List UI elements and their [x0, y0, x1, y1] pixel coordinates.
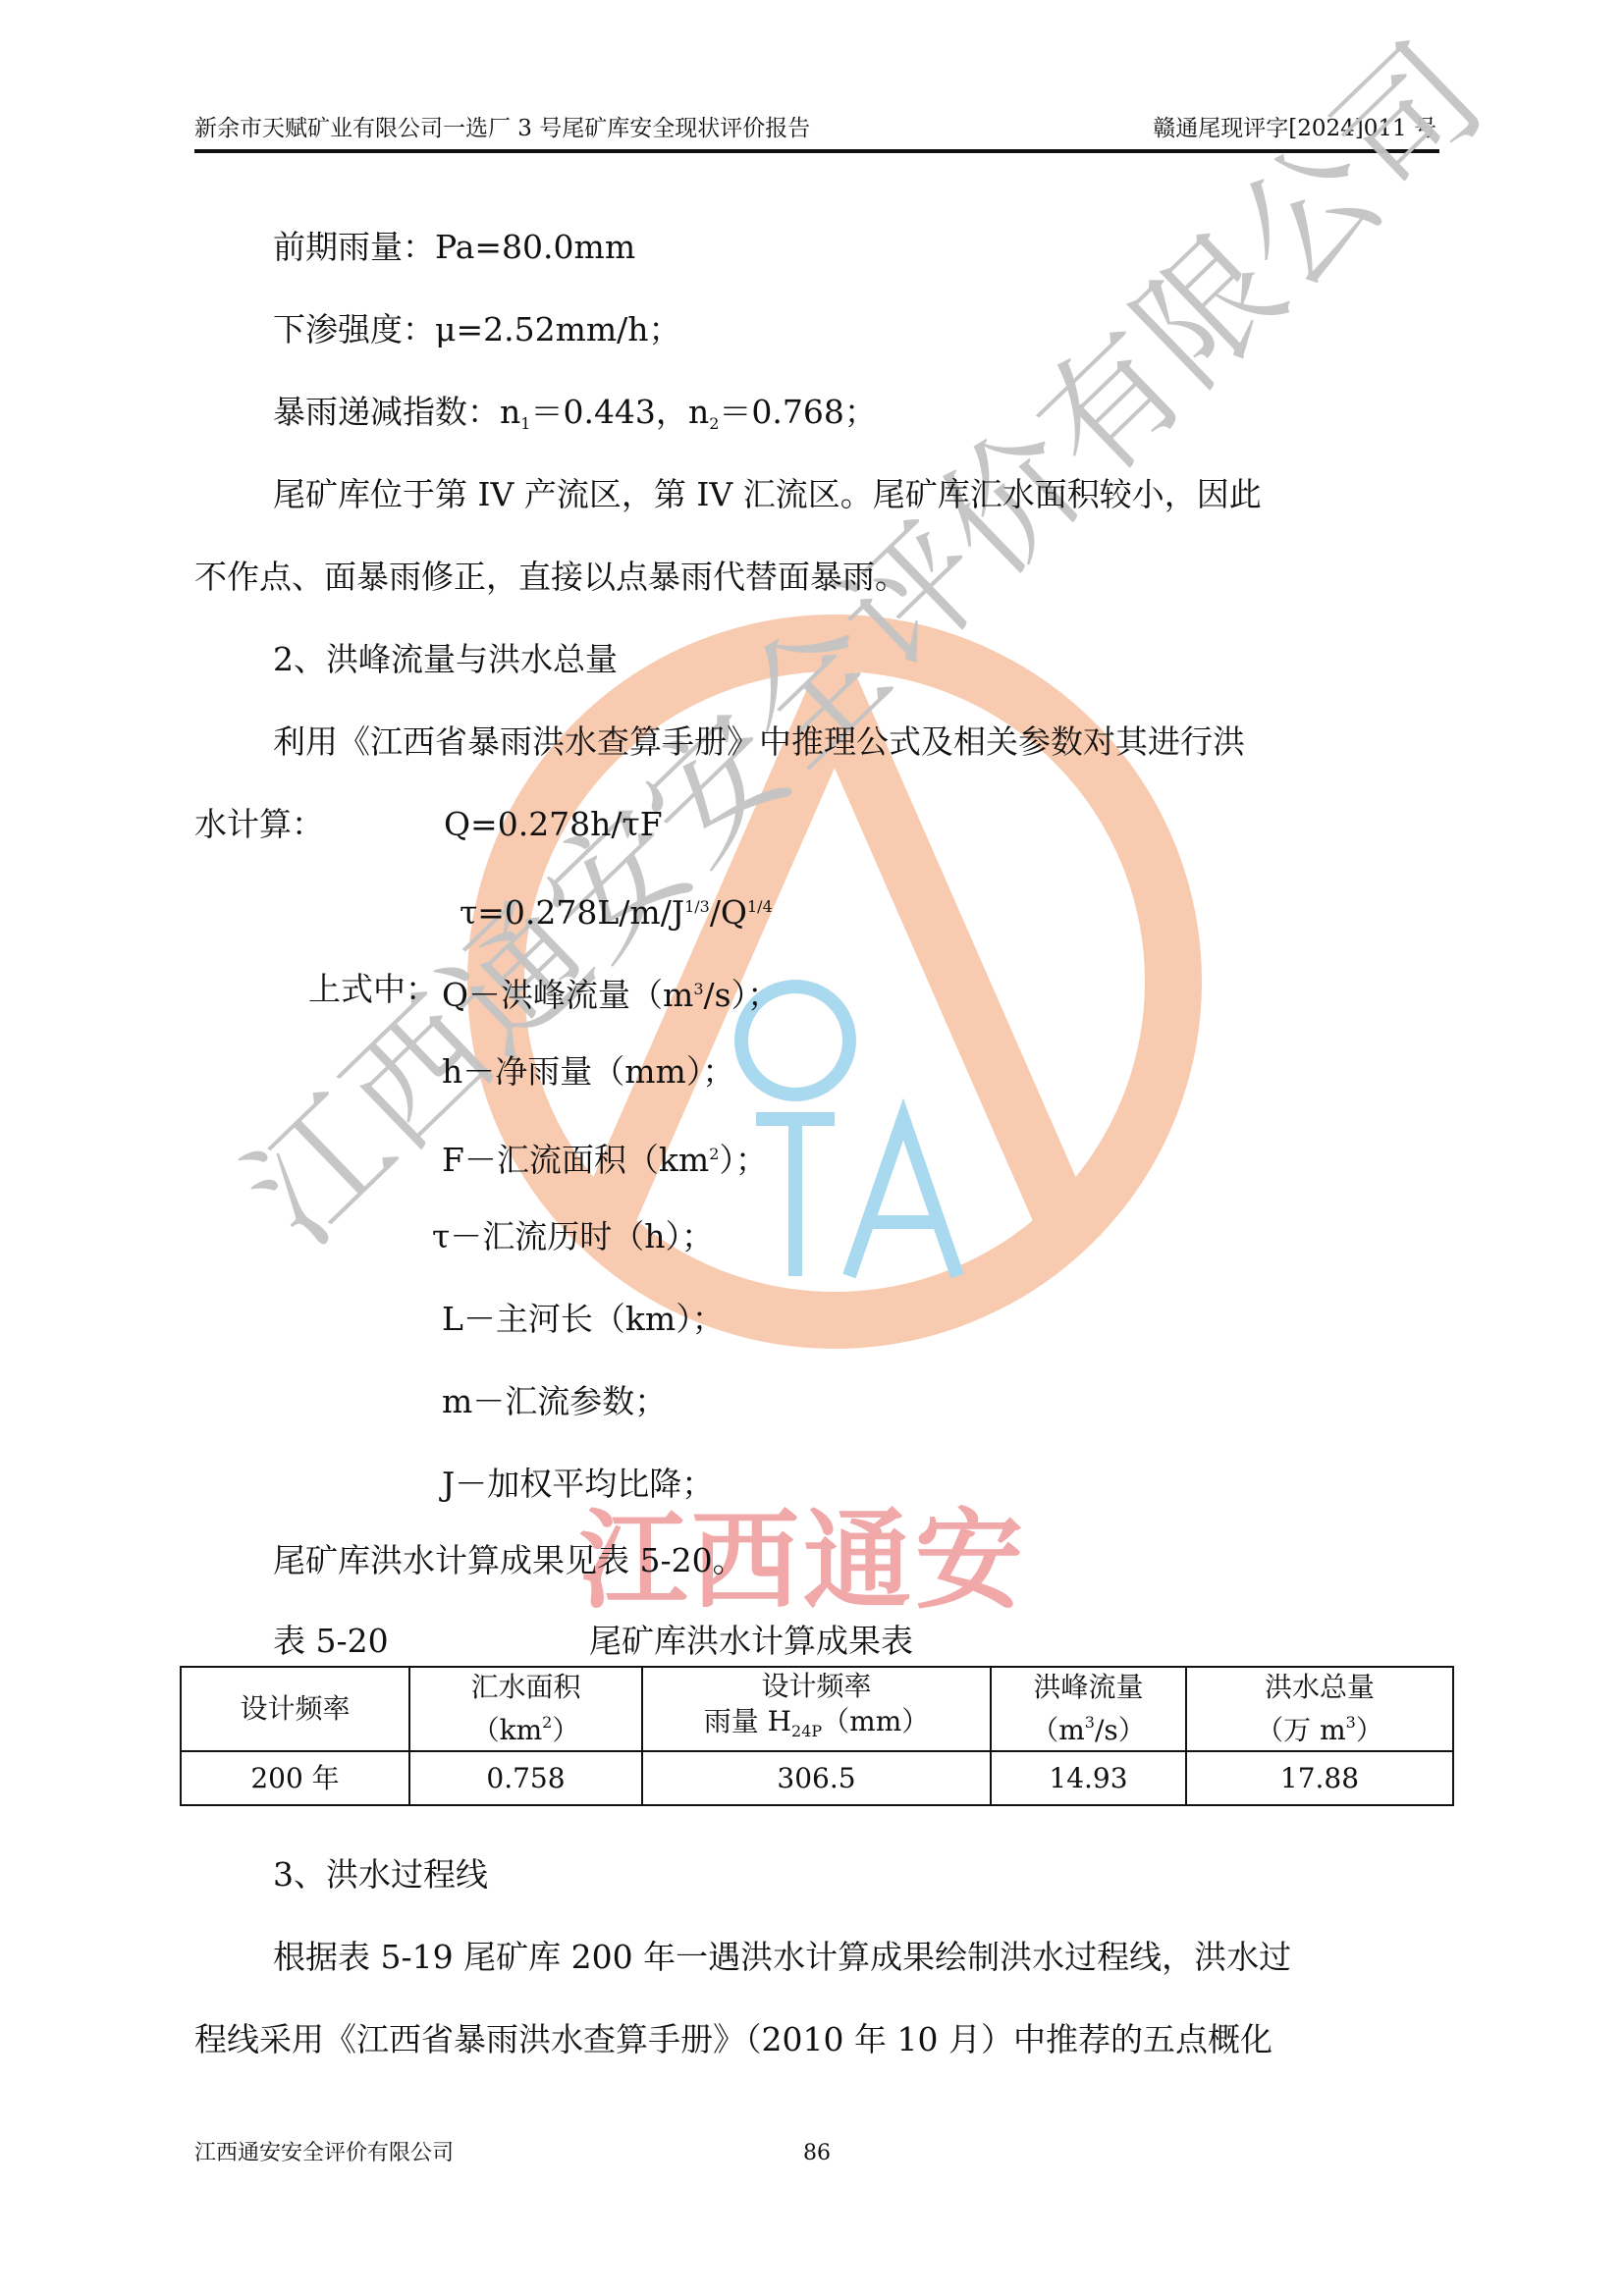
- header-label: 汇水面积: [410, 1670, 641, 1705]
- formula-concentration-time: τ=0.278L/m/J1/3/Q1/4: [460, 887, 773, 933]
- header-unit: （km2）: [410, 1705, 641, 1748]
- header-unit: 雨量 H24P（mm）: [643, 1704, 990, 1749]
- formula-exponent: 1/4: [747, 897, 773, 916]
- param-antecedent-rain: 前期雨量：Pa=80.0mm: [273, 228, 635, 267]
- zones-line-1: 尾矿库位于第 IV 产流区，第 IV 汇流区。尾矿库汇水面积较小，因此: [273, 475, 1262, 514]
- legend-sup: 2: [709, 1145, 719, 1163]
- page-number: 86: [803, 2140, 831, 2167]
- legend-tail: ）；: [719, 1141, 768, 1179]
- unit-text: （m: [1031, 1714, 1085, 1746]
- legend-item-l: L－主河长（km）；: [442, 1300, 725, 1339]
- page-header: 新余市天赋矿业有限公司一选厂 3 号尾矿库安全现状评价报告 赣通尾现评字[202…: [194, 114, 1436, 147]
- n1-subscript: 1: [520, 414, 530, 433]
- header-design-frequency: 设计频率: [181, 1667, 409, 1751]
- param-value: μ=2.52mm/h；: [435, 310, 681, 348]
- cell-peak-flow: 14.93: [991, 1751, 1186, 1805]
- param-label: 下渗强度：: [273, 310, 435, 348]
- formula-exponent: 1/3: [684, 897, 710, 916]
- formula-part: /Q: [710, 893, 747, 932]
- legend-item-q: Q－洪峰流量（m3/s）；: [442, 970, 780, 1015]
- unit-tail: /s）: [1095, 1714, 1146, 1746]
- unit-tail: ）: [1356, 1714, 1383, 1746]
- param-label: 暴雨递减指数：: [273, 393, 500, 431]
- header-catchment-area: 汇水面积（km2）: [409, 1667, 642, 1751]
- document-number: 赣通尾现评字[2024]011 号: [1153, 114, 1436, 143]
- footer-company: 江西通安安全评价有限公司: [194, 2140, 454, 2167]
- param-value: Pa=80.0mm: [435, 228, 635, 266]
- n2-symbol: n: [688, 393, 709, 431]
- n1-value: ＝0.443，: [530, 393, 687, 431]
- param-decay-index: 暴雨递减指数：n1＝0.443，n2＝0.768；: [273, 393, 877, 444]
- header-label: 设计频率: [643, 1669, 990, 1704]
- table-title: 尾矿库洪水计算成果表: [589, 1622, 913, 1661]
- table-number: 表 5-20: [273, 1622, 389, 1661]
- section-2-intro-1: 利用《江西省暴雨洪水查算手册》中推理公式及相关参数对其进行洪: [273, 722, 1245, 762]
- unit-text: （km: [472, 1714, 543, 1746]
- section-3-line-2: 程线采用《江西省暴雨洪水查算手册》（2010 年 10 月）中推荐的五点概化: [194, 2020, 1272, 2059]
- unit-text: （万 m: [1256, 1714, 1345, 1746]
- section-3-heading: 3、洪水过程线: [273, 1855, 488, 1895]
- legend-text: Q－洪峰流量（m: [442, 976, 693, 1014]
- header-unit: （m3/s）: [992, 1705, 1185, 1748]
- unit-sup: 2: [542, 1713, 552, 1732]
- legend-item-j: J－加权平均比降；: [442, 1465, 714, 1504]
- param-label: 前期雨量：: [273, 228, 435, 266]
- header-design-rainfall: 设计频率雨量 H24P（mm）: [642, 1667, 991, 1751]
- unit-sub: 24P: [791, 1722, 822, 1740]
- formula-part: τ=0.278L/m/J: [460, 893, 684, 932]
- header-label: 洪峰流量: [992, 1670, 1185, 1705]
- unit-tail: ）: [552, 1714, 579, 1746]
- header-peak-flow: 洪峰流量（m3/s）: [991, 1667, 1186, 1751]
- cell-catchment-area: 0.758: [409, 1751, 642, 1805]
- cell-design-rainfall: 306.5: [642, 1751, 991, 1805]
- legend-lead: 上式中：: [308, 970, 438, 1009]
- flood-results-table: 设计频率 汇水面积（km2） 设计频率雨量 H24P（mm） 洪峰流量（m3/s…: [180, 1666, 1454, 1806]
- legend-sup: 3: [693, 980, 703, 998]
- header-rule: [194, 149, 1439, 153]
- header-label: 设计频率: [240, 1692, 350, 1725]
- cell-flood-volume: 17.88: [1186, 1751, 1453, 1805]
- section-3-line-1: 根据表 5-19 尾矿库 200 年一遇洪水计算成果绘制洪水过程线，洪水过: [273, 1938, 1291, 1977]
- section-2-heading: 2、洪峰流量与洪水总量: [273, 640, 618, 679]
- cell-design-frequency: 200 年: [181, 1751, 409, 1805]
- n1-symbol: n: [500, 393, 520, 431]
- unit-text: 雨量 H: [704, 1705, 791, 1737]
- document-page: 新余市天赋矿业有限公司一选厂 3 号尾矿库安全现状评价报告 赣通尾现评字[202…: [0, 0, 1624, 2296]
- section-2-intro-2-label: 水计算：: [194, 805, 324, 844]
- zones-line-2: 不作点、面暴雨修正，直接以点暴雨代替面暴雨。: [194, 558, 907, 597]
- report-title: 新余市天赋矿业有限公司一选厂 3 号尾矿库安全现状评价报告: [194, 114, 810, 143]
- legend-tail: /s）；: [704, 976, 781, 1014]
- legend-item-h: h－净雨量（mm）；: [442, 1052, 734, 1092]
- param-infiltration: 下渗强度：μ=2.52mm/h；: [273, 310, 681, 349]
- formula-peak-flow: Q=0.278h/τF: [444, 805, 663, 844]
- header-flood-volume: 洪水总量（万 m3）: [1186, 1667, 1453, 1751]
- table-row: 200 年 0.758 306.5 14.93 17.88: [181, 1751, 1453, 1805]
- header-label: 洪水总量: [1187, 1670, 1452, 1705]
- legend-item-tau: τ－汇流历时（h）；: [432, 1217, 714, 1256]
- legend-item-f: F－汇流面积（km2）；: [442, 1135, 768, 1180]
- legend-text: F－汇流面积（km: [442, 1141, 709, 1179]
- n2-subscript: 2: [709, 414, 719, 433]
- table-header-row: 设计频率 汇水面积（km2） 设计频率雨量 H24P（mm） 洪峰流量（m3/s…: [181, 1667, 1453, 1751]
- unit-sup: 3: [1085, 1713, 1095, 1732]
- table-reference: 尾矿库洪水计算成果见表 5-20。: [273, 1541, 745, 1580]
- header-unit: （万 m3）: [1187, 1705, 1452, 1748]
- unit-sup: 3: [1346, 1713, 1356, 1732]
- unit-tail: （mm）: [822, 1705, 929, 1737]
- legend-item-m: m－汇流参数；: [442, 1382, 667, 1421]
- n2-value: ＝0.768；: [719, 393, 876, 431]
